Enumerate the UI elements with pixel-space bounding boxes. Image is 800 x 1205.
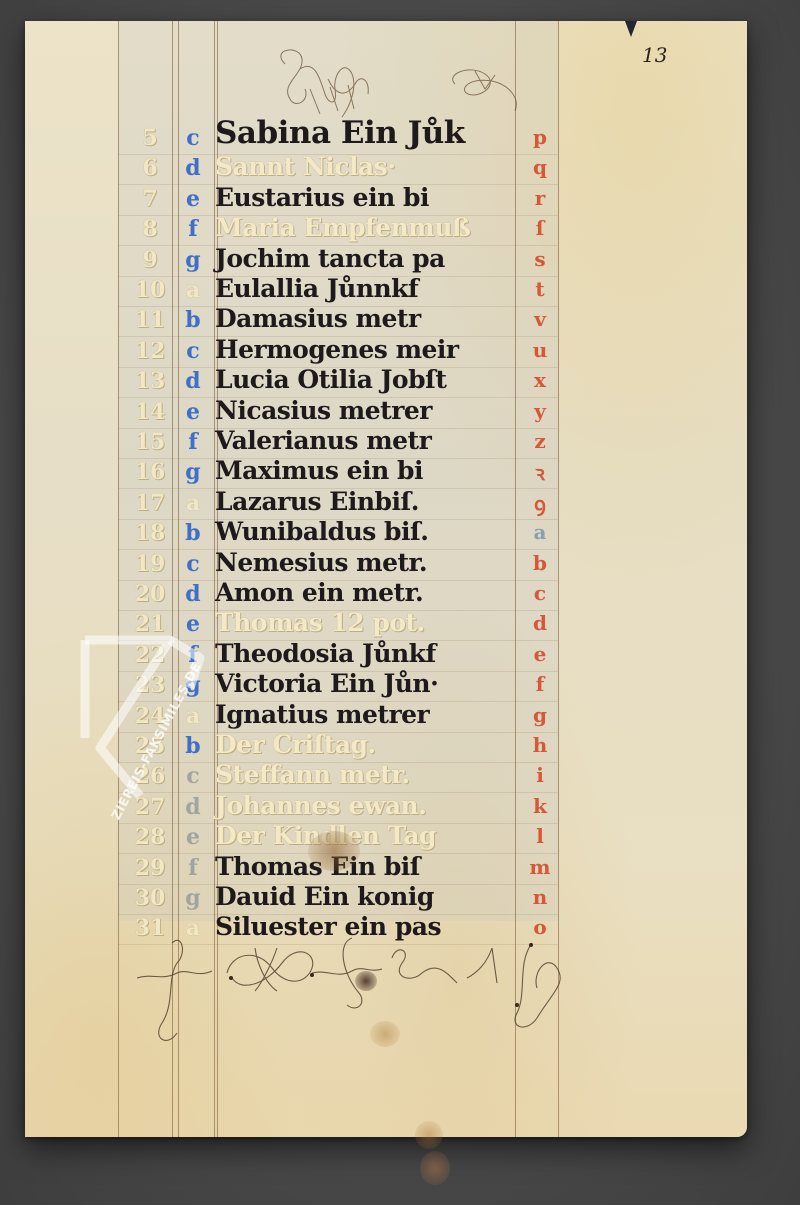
day-number: 16 xyxy=(125,459,175,485)
saint-name: Johannes ewan. xyxy=(215,791,545,820)
calendar-letter: ſ xyxy=(525,216,555,240)
day-number: 15 xyxy=(125,429,175,455)
dominical-letter: e xyxy=(180,824,206,850)
day-number: 17 xyxy=(125,490,175,516)
dominical-letter: g xyxy=(180,459,206,485)
water-stain xyxy=(420,1151,450,1185)
calendar-row: 29fThomas Ein biſm xyxy=(25,855,747,885)
day-number: 23 xyxy=(125,672,175,698)
day-number: 11 xyxy=(125,307,175,333)
day-number: 6 xyxy=(125,155,175,181)
dominical-letter: f xyxy=(180,429,206,455)
saint-name: Der Kindlen Tag xyxy=(215,821,545,850)
calendar-row: 5cSabina Ein Jůkp xyxy=(25,125,747,155)
dominical-letter: f xyxy=(180,216,206,242)
dominical-letter: b xyxy=(180,733,206,759)
calendar-row: 24aIgnatius metrerg xyxy=(25,703,747,733)
saint-name: Thomas Ein biſ xyxy=(215,852,545,881)
dominical-letter: f xyxy=(180,855,206,881)
day-number: 19 xyxy=(125,551,175,577)
calendar-row: 18bWunibaldus biſ.a xyxy=(25,520,747,550)
calendar-row: 11bDamasius metrv xyxy=(25,307,747,337)
dominical-letter: d xyxy=(180,581,206,607)
day-number: 30 xyxy=(125,885,175,911)
calendar-letter: g xyxy=(525,703,555,727)
calendar-row: 21eThomas 12 pot.d xyxy=(25,611,747,641)
day-number: 22 xyxy=(125,642,175,668)
calendar-row: 10aEulallia Jůnnkft xyxy=(25,277,747,307)
calendar-row: 17aLazarus Einbiſ.ꝯ xyxy=(25,490,747,520)
day-number: 12 xyxy=(125,338,175,364)
day-number: 5 xyxy=(125,125,175,151)
calendar-letter: d xyxy=(525,611,555,635)
calendar-row: 12cHermogenes meiru xyxy=(25,338,747,368)
calendar-letter: r xyxy=(525,186,555,210)
calendar-row: 22fTheodosia Jůnkfe xyxy=(25,642,747,672)
calendar-row: 7eEustarius ein bir xyxy=(25,186,747,216)
calendar-row: 25bDer Criſtag.h xyxy=(25,733,747,763)
saint-name: Thomas 12 pot. xyxy=(215,608,545,637)
water-stain xyxy=(415,1121,443,1149)
calendar-row: 23gVictoria Ein Jůn·f xyxy=(25,672,747,702)
manuscript-page: 13 5cSabina Ein Jůkp6dSannt Niclas·q7eEu… xyxy=(25,21,747,1137)
saint-name: Wunibaldus biſ. xyxy=(215,517,545,546)
dominical-letter: b xyxy=(180,520,206,546)
saint-name: Dauid Ein konig xyxy=(215,882,545,911)
ink-stain xyxy=(308,831,360,871)
dominical-letter: e xyxy=(180,186,206,212)
dominical-letter: e xyxy=(180,611,206,637)
saint-name: Valerianus metr xyxy=(215,426,545,455)
saint-name: Lazarus Einbiſ. xyxy=(215,487,545,516)
calendar-letter: p xyxy=(525,125,555,149)
dominical-letter: b xyxy=(180,307,206,333)
calendar-letter: h xyxy=(525,733,555,757)
saint-name: Lucia Otilia Jobſt xyxy=(215,365,545,394)
saint-name: Eulallia Jůnnkf xyxy=(215,274,545,303)
calendar-row: 15fValerianus metrz xyxy=(25,429,747,459)
dominical-letter: d xyxy=(180,368,206,394)
day-number: 21 xyxy=(125,611,175,637)
dominical-letter: d xyxy=(180,794,206,820)
dominical-letter: g xyxy=(180,885,206,911)
dominical-letter: c xyxy=(180,551,206,577)
calendar-letter: m xyxy=(525,855,555,879)
day-number: 29 xyxy=(125,855,175,881)
day-number: 8 xyxy=(125,216,175,242)
calendar-row: 19cNemesius metr.b xyxy=(25,551,747,581)
water-stain xyxy=(370,1021,400,1047)
dominical-letter: e xyxy=(180,399,206,425)
folio-number: 13 xyxy=(642,43,667,67)
calendar-row: 30gDauid Ein konign xyxy=(25,885,747,915)
day-number: 28 xyxy=(125,824,175,850)
day-number: 10 xyxy=(125,277,175,303)
dominical-letter: c xyxy=(180,338,206,364)
calendar-letter: s xyxy=(525,247,555,271)
calendar-letter: c xyxy=(525,581,555,605)
calendar-row: 6dSannt Niclas·q xyxy=(25,155,747,185)
saint-name: Amon ein metr. xyxy=(215,578,545,607)
saint-name: Victoria Ein Jůn· xyxy=(215,669,545,698)
saint-name: Maximus ein bi xyxy=(215,456,545,485)
calendar-row: 8fMaria Empfenmußſ xyxy=(25,216,747,246)
dominical-letter: g xyxy=(180,247,206,273)
calendar-letter: k xyxy=(525,794,555,818)
saint-name: Sabina Ein Jůk xyxy=(215,115,545,151)
saint-name: Theodosia Jůnkf xyxy=(215,639,545,668)
saint-name: Jochim tancta pa xyxy=(215,244,545,273)
saint-name: Eustarius ein bi xyxy=(215,183,545,212)
calendar-letter: y xyxy=(525,399,555,423)
calendar-letter: n xyxy=(525,885,555,909)
calendar-row: 28eDer Kindlen Tagl xyxy=(25,824,747,854)
day-number: 13 xyxy=(125,368,175,394)
saint-name: Nicasius metrer xyxy=(215,396,545,425)
calendar-letter: v xyxy=(525,307,555,331)
dominical-letter: a xyxy=(180,703,206,729)
day-number: 18 xyxy=(125,520,175,546)
saint-name: Nemesius metr. xyxy=(215,548,545,577)
calendar-letter: q xyxy=(525,155,555,179)
calendar-row: 9gJochim tancta pas xyxy=(25,247,747,277)
calendar-letter: ꝛ xyxy=(525,459,555,486)
calendar-row: 20dAmon ein metr.c xyxy=(25,581,747,611)
calendar-row: 13dLucia Otilia Jobſtx xyxy=(25,368,747,398)
dominical-letter: a xyxy=(180,490,206,516)
dominical-letter: c xyxy=(180,763,206,789)
dominical-letter: d xyxy=(180,155,206,181)
calendar-row: 16gMaximus ein biꝛ xyxy=(25,459,747,489)
calendar-letter: l xyxy=(525,824,555,848)
calendar-letter: f xyxy=(525,672,555,696)
calendar-row: 14eNicasius metrery xyxy=(25,399,747,429)
page-tab-mark xyxy=(625,21,637,37)
day-number: 7 xyxy=(125,186,175,212)
saint-name: Maria Empfenmuß xyxy=(215,213,545,242)
ink-stain xyxy=(355,971,377,991)
saint-name: Damasius metr xyxy=(215,304,545,333)
saint-name: Sannt Niclas· xyxy=(215,152,545,181)
saint-name: Hermogenes meir xyxy=(215,335,545,364)
calendar-letter: x xyxy=(525,368,555,392)
day-number: 14 xyxy=(125,399,175,425)
calendar-letter: z xyxy=(525,429,555,453)
calendar-letter: u xyxy=(525,338,555,362)
calendar-letter: a xyxy=(525,520,555,544)
calendar-letter: i xyxy=(525,763,555,787)
calendar-letter: t xyxy=(525,277,555,301)
day-number: 20 xyxy=(125,581,175,607)
bottom-flourish-icon xyxy=(137,933,587,1073)
dominical-letter: c xyxy=(180,125,206,151)
calendar-letter: b xyxy=(525,551,555,575)
calendar-letter: ꝯ xyxy=(525,490,555,517)
calendar-letter: e xyxy=(525,642,555,666)
saint-name: Ignatius metrer xyxy=(215,700,545,729)
saint-name: Steffann metr. xyxy=(215,760,545,789)
dominical-letter: a xyxy=(180,277,206,303)
saint-name: Der Criſtag. xyxy=(215,730,545,759)
day-number: 9 xyxy=(125,247,175,273)
